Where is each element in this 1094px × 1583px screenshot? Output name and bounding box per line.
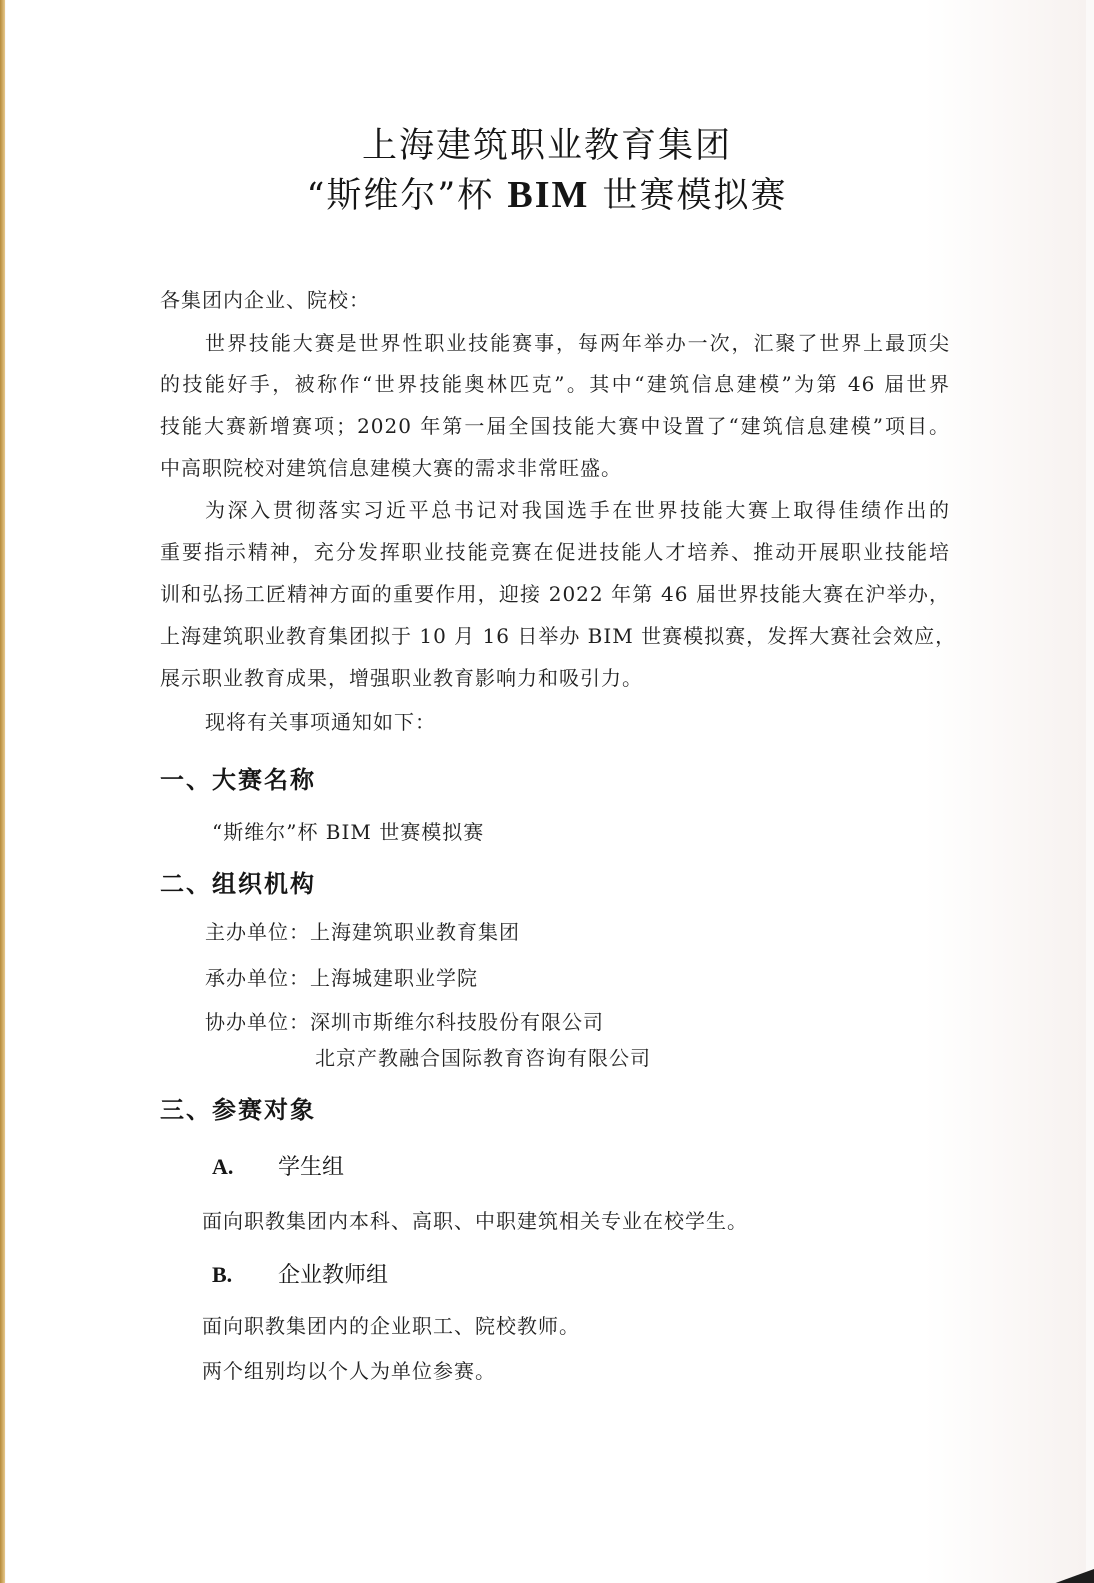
- title-prefix: “斯维尔”杯: [306, 176, 507, 216]
- paragraph2-line4: 上海建筑职业教育集团拟于 10 月 16 日举办 BIM 世赛模拟赛，发挥大赛社…: [160, 620, 950, 649]
- group-a-description: 面向职教集团内本科、高职、中职建筑相关专业在校学生。: [202, 1205, 748, 1234]
- organizer-coorganizer: 协办单位：深圳市斯维尔科技股份有限公司: [205, 1006, 604, 1035]
- paragraph2-line2: 重要指示精神，充分发挥职业技能竞赛在促进技能人才培养、推动开展职业技能培: [160, 536, 950, 565]
- paragraph2-line5: 展示职业教育成果，增强职业教育影响力和吸引力。: [160, 662, 643, 691]
- organizer-host-label: 主办单位：: [205, 920, 310, 944]
- page-corner-shadow: [1054, 1569, 1094, 1583]
- competition-name: “斯维尔”杯 BIM 世赛模拟赛: [212, 816, 484, 845]
- title-suffix: 世赛模拟赛: [589, 176, 787, 216]
- organizer-undertaker-value: 上海城建职业学院: [310, 966, 478, 990]
- paragraph2-line3: 训和弘扬工匠精神方面的重要作用，迎接 2022 年第 46 届世界技能大赛在沪举…: [160, 578, 950, 607]
- organizer-coorganizer-2: 北京产教融合国际教育咨询有限公司: [315, 1042, 651, 1071]
- organizer-undertaker: 承办单位：上海城建职业学院: [205, 962, 478, 991]
- section-heading-competition-name: 一、大赛名称: [160, 760, 316, 795]
- paragraph2-line1: 为深入贯彻落实习近平总书记对我国选手在世界技能大赛上取得佳绩作出的: [205, 494, 950, 523]
- salutation: 各集团内企业、院校：: [160, 284, 370, 313]
- organizer-undertaker-label: 承办单位：: [205, 966, 310, 990]
- notice-intro: 现将有关事项通知如下：: [205, 706, 436, 735]
- organizer-coorganizer-value: 深圳市斯维尔科技股份有限公司: [310, 1010, 604, 1034]
- group-b-description: 面向职教集团内的企业职工、院校教师。: [202, 1310, 580, 1339]
- paragraph1-line3: 技能大赛新增赛项；2020 年第一届全国技能大赛中设置了“建筑信息建模”项目。: [160, 410, 950, 439]
- paragraph1-line2: 的技能好手，被称作“世界技能奥林匹克”。其中“建筑信息建模”为第 46 届世界: [160, 368, 950, 397]
- paragraph1-line4: 中高职院校对建筑信息建模大赛的需求非常旺盛。: [160, 452, 622, 481]
- organizer-host: 主办单位：上海建筑职业教育集团: [205, 916, 520, 945]
- paragraph1-line1: 世界技能大赛是世界性职业技能赛事，每两年举办一次，汇聚了世界上最顶尖: [205, 327, 950, 356]
- group-b-letter: B.: [212, 1262, 278, 1288]
- group-b-heading: B.企业教师组: [212, 1258, 388, 1289]
- group-a-letter: A.: [212, 1154, 278, 1180]
- title-bim: BIM: [507, 174, 589, 216]
- organizer-coorganizer-label: 协办单位：: [205, 1010, 310, 1034]
- document-title-line2: “斯维尔”杯 BIM 世赛模拟赛: [0, 168, 1094, 218]
- document-title-line1: 上海建筑职业教育集团: [0, 118, 1094, 168]
- organizer-host-value: 上海建筑职业教育集团: [310, 920, 520, 944]
- group-a-name: 学生组: [278, 1155, 344, 1180]
- participation-note: 两个组别均以个人为单位参赛。: [202, 1355, 496, 1384]
- section-heading-organization: 二、组织机构: [160, 864, 316, 899]
- group-b-name: 企业教师组: [278, 1263, 388, 1288]
- section-heading-participants: 三、参赛对象: [160, 1090, 316, 1125]
- page-edge-shadow: [0, 0, 5, 1583]
- group-a-heading: A.学生组: [212, 1150, 344, 1181]
